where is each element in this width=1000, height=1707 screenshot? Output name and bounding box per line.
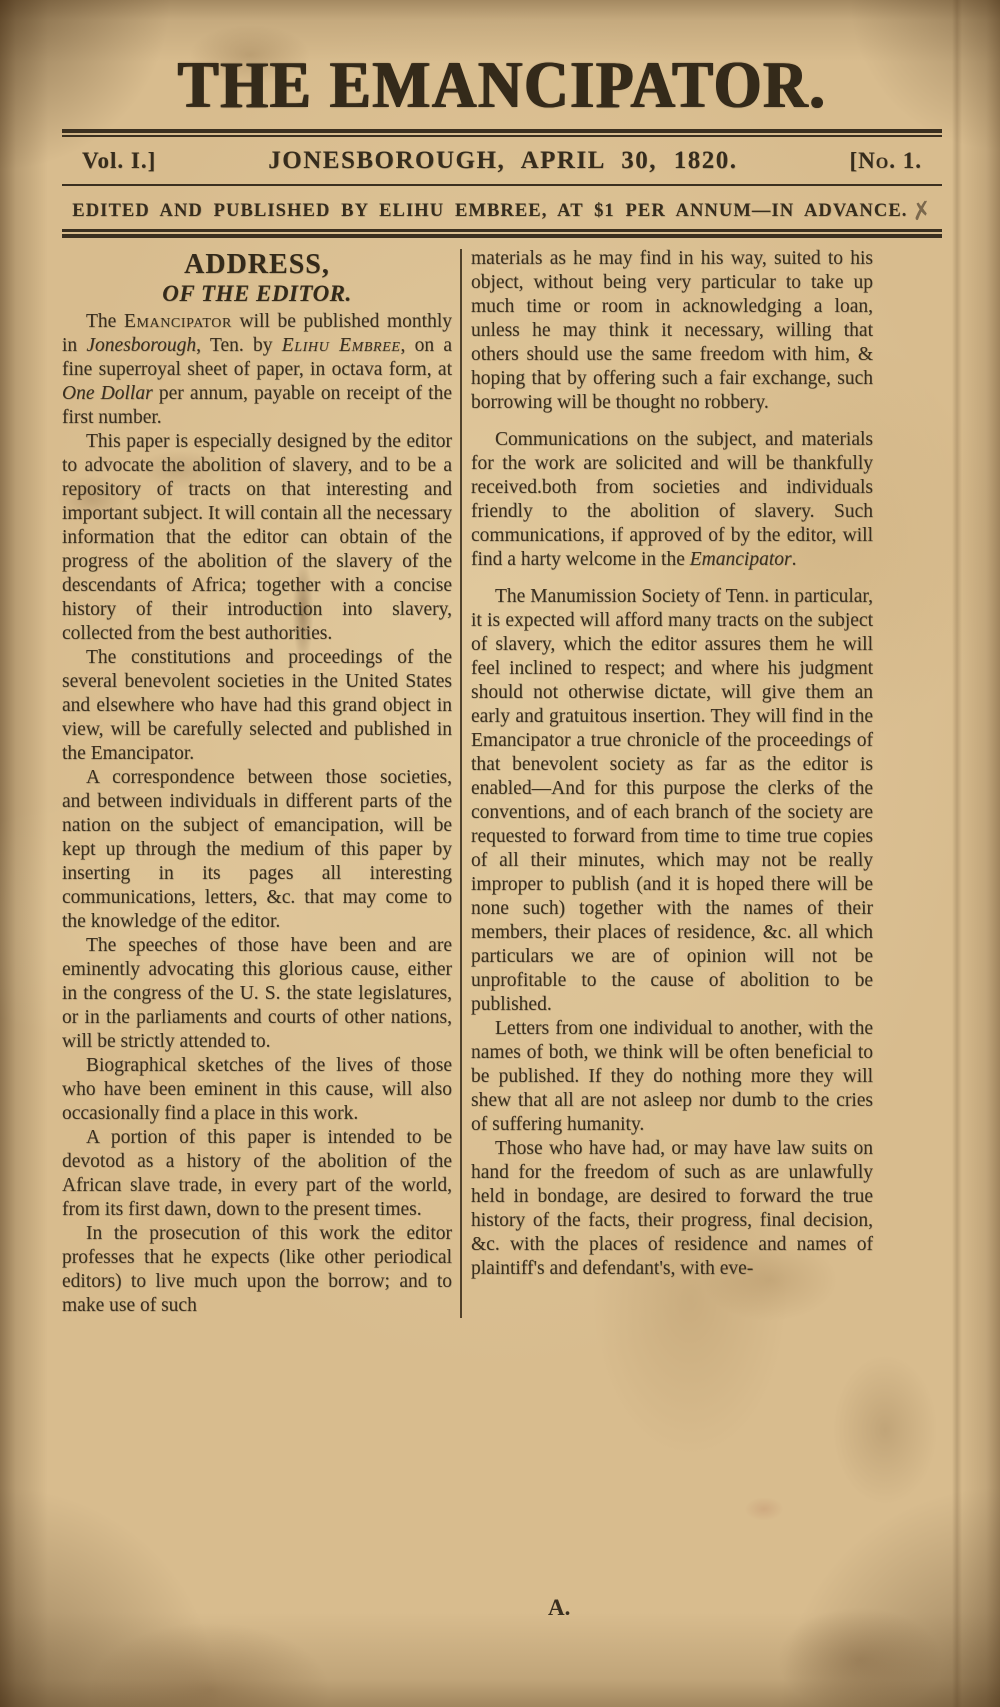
paragraph: The Manumission Society of Tenn. in part… — [471, 585, 873, 1017]
volume-label: Vol. I.] — [82, 148, 156, 174]
printed-sheet: THE EMANCIPATOR. Vol. I.] JONESBOROUGH, … — [0, 0, 1000, 1707]
paragraph: Biographical sketches of the lives of th… — [62, 1054, 452, 1126]
article-title: ADDRESS, — [62, 249, 452, 280]
left-column: ADDRESS, OF THE EDITOR. The Emancipator … — [62, 247, 452, 1318]
masthead-double-rule — [62, 129, 942, 137]
article-subtitle: OF THE EDITOR. — [62, 280, 452, 307]
issue-line: Vol. I.] JONESBOROUGH, APRIL 30, 1820. [… — [62, 147, 942, 175]
rule-thick — [62, 234, 942, 238]
rule-thick — [62, 129, 942, 133]
column-divider-rule — [460, 249, 462, 1318]
right-column-text: materials as he may find in his way, sui… — [471, 247, 873, 1281]
paragraph: A portion of this paper is intended to b… — [62, 1126, 452, 1222]
newspaper-page: THE EMANCIPATOR. Vol. I.] JONESBOROUGH, … — [0, 0, 1000, 1707]
paragraph: Letters from one individual to another, … — [471, 1017, 873, 1137]
handwritten-x-mark: ✗ — [909, 195, 935, 226]
masthead: THE EMANCIPATOR. Vol. I.] JONESBOROUGH, … — [62, 54, 942, 238]
rule-thin — [62, 135, 942, 137]
paragraph: The speeches of those have been and are … — [62, 934, 452, 1054]
newspaper-title: THE EMANCIPATOR. — [62, 51, 942, 121]
paragraph: materials as he may find in his way, sui… — [471, 247, 873, 415]
left-column-text: The Emancipator will be published monthl… — [62, 310, 452, 1318]
article-columns: ADDRESS, OF THE EDITOR. The Emancipator … — [62, 247, 942, 1318]
issue-number: [No. 1. — [850, 148, 922, 174]
paragraph: Communications on the subject, and mater… — [471, 428, 873, 572]
byline-double-rule — [62, 229, 942, 238]
catchword: A. — [548, 1595, 570, 1621]
paragraph: The constitutions and proceedings of the… — [62, 646, 452, 766]
right-column: materials as he may find in his way, sui… — [471, 247, 873, 1318]
byline-text: EDITED AND PUBLISHED BY ELIHU EMBREE, AT… — [72, 201, 907, 221]
paragraph: Those who have had, or may have law suit… — [471, 1137, 873, 1281]
paragraph: This paper is especially designed by the… — [62, 430, 452, 646]
paragraph: A correspondence between those societies… — [62, 766, 452, 934]
single-rule — [62, 184, 942, 187]
byline-row: EDITED AND PUBLISHED BY ELIHU EMBREE, AT… — [62, 194, 942, 222]
paragraph: In the prosecution of this work the edit… — [62, 1222, 452, 1318]
paragraph: The Emancipator will be published monthl… — [62, 310, 452, 430]
dateline: JONESBOROUGH, APRIL 30, 1820. — [268, 147, 737, 175]
rule-thin — [62, 229, 942, 232]
